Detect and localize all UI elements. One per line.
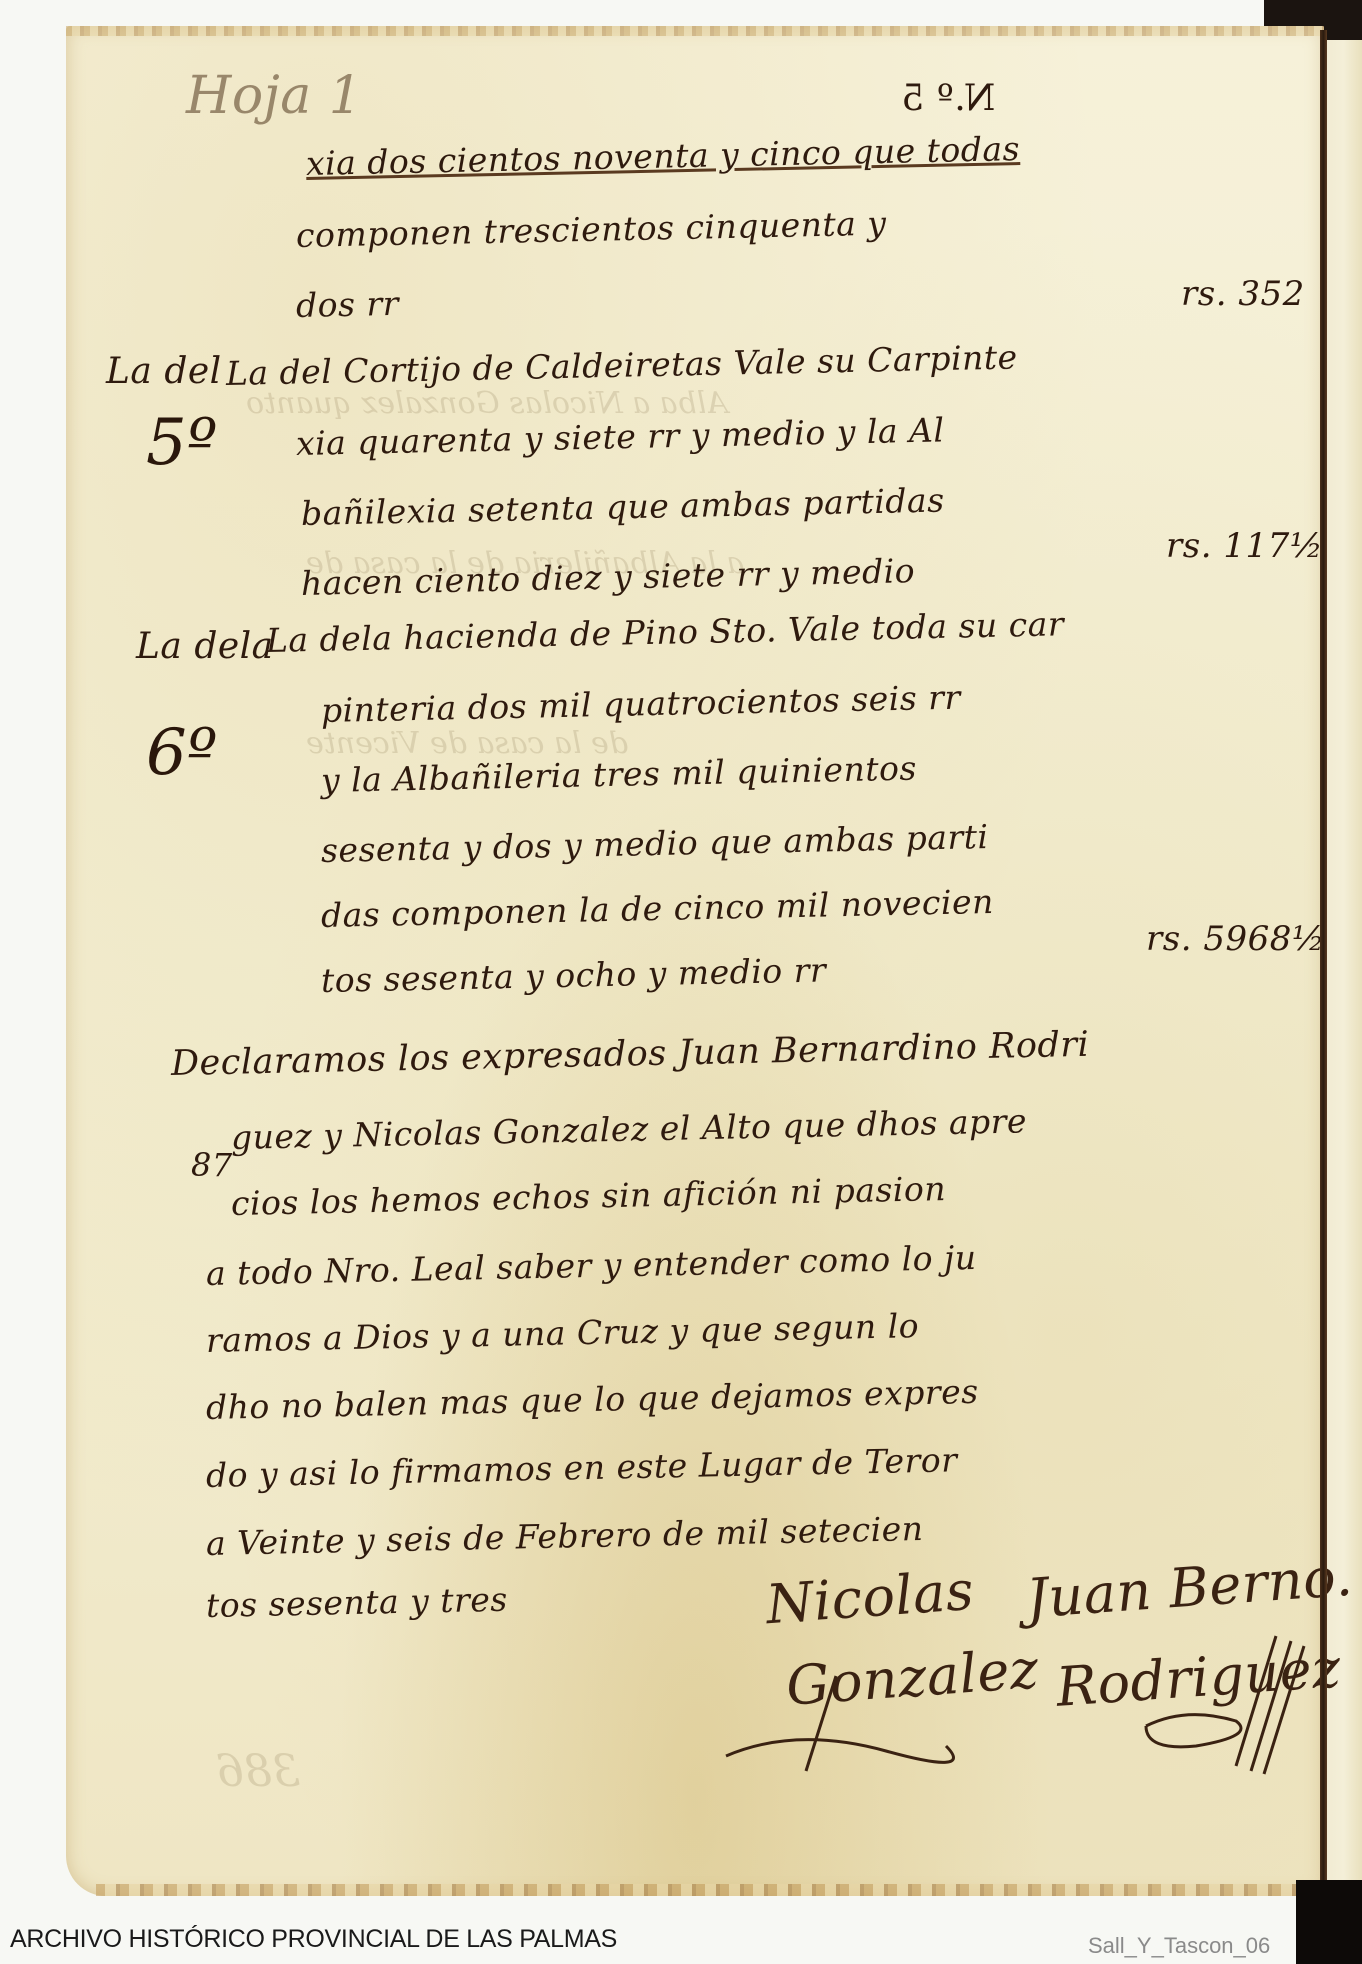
body-line: tos sesenta y ocho y medio rr <box>321 950 827 1000</box>
body-line: bañilexia setenta que ambas partidas <box>301 481 945 533</box>
body-line: cios los hemos echos sin afición ni pasi… <box>231 1169 947 1223</box>
margin-label-entry-6: La dela <box>136 626 274 667</box>
body-line: y la Albañileria tres mil quinientos <box>321 749 918 800</box>
bleed-through-number: 386 <box>216 1746 300 1797</box>
line-total: rs. 117½ <box>1166 526 1323 566</box>
line-total: rs. 352 <box>1181 274 1305 314</box>
folio-mark: N.º 5 <box>901 78 995 119</box>
margin-number-entry-5: 5º <box>146 406 218 480</box>
body-line: xia dos cientos noventa y cinco que toda… <box>306 129 1021 183</box>
manuscript-page: Alba a Nicolas Gonzalez quanto a la Alba… <box>66 26 1324 1896</box>
margin-note: 87 <box>191 1146 233 1184</box>
header-faded-mark: Hoja 1 <box>186 66 362 126</box>
archive-name: ARCHIVO HISTÓRICO PROVINCIAL DE LAS PALM… <box>10 1925 617 1954</box>
margin-number-entry-6: 6º <box>146 716 218 790</box>
binding-shadow-bottom <box>1296 1880 1362 1964</box>
body-line: guez y Nicolas Gonzalez el Alto que dhos… <box>231 1101 1028 1157</box>
body-line: a todo Nro. Leal saber y entender como l… <box>206 1238 977 1293</box>
body-line: tos sesenta y tres <box>206 1580 509 1625</box>
margin-label-entry-5: La del <box>106 351 222 392</box>
line-total: rs. 5968½ <box>1146 919 1325 959</box>
body-line: sesenta y dos y medio que ambas parti <box>321 817 989 870</box>
signature-flourish <box>716 1616 1316 1776</box>
body-line: Declaramos los expresados Juan Bernardin… <box>171 1025 1090 1084</box>
body-line: pinteria dos mil quatrocientos seis rr <box>321 678 962 730</box>
body-line: La del Cortijo de Caldeiretas Vale su Ca… <box>226 337 1018 393</box>
binding-spine-line <box>1320 30 1327 1890</box>
image-label: Sall_Y_Tascon_06 <box>1088 1933 1296 1959</box>
body-line: ramos a Dios y a una Cruz y que segun lo <box>206 1306 920 1360</box>
body-line: do y asi lo firmamos en este Lugar de Te… <box>206 1440 958 1495</box>
body-line: das componen la de cinco mil novecien <box>321 882 995 935</box>
body-line: componen trescientos cinquenta y <box>296 204 887 255</box>
body-line: a Veinte y seis de Febrero de mil seteci… <box>206 1509 924 1563</box>
body-line: xia quarenta y siete rr y medio y la Al <box>296 410 945 463</box>
body-line: dos rr <box>296 284 400 325</box>
body-line: hacen ciento diez y siete rr y medio <box>301 551 916 603</box>
body-line: La dela hacienda de Pino Sto. Vale toda … <box>266 604 1065 660</box>
body-line: dho no balen mas que lo que dejamos expr… <box>206 1372 979 1427</box>
